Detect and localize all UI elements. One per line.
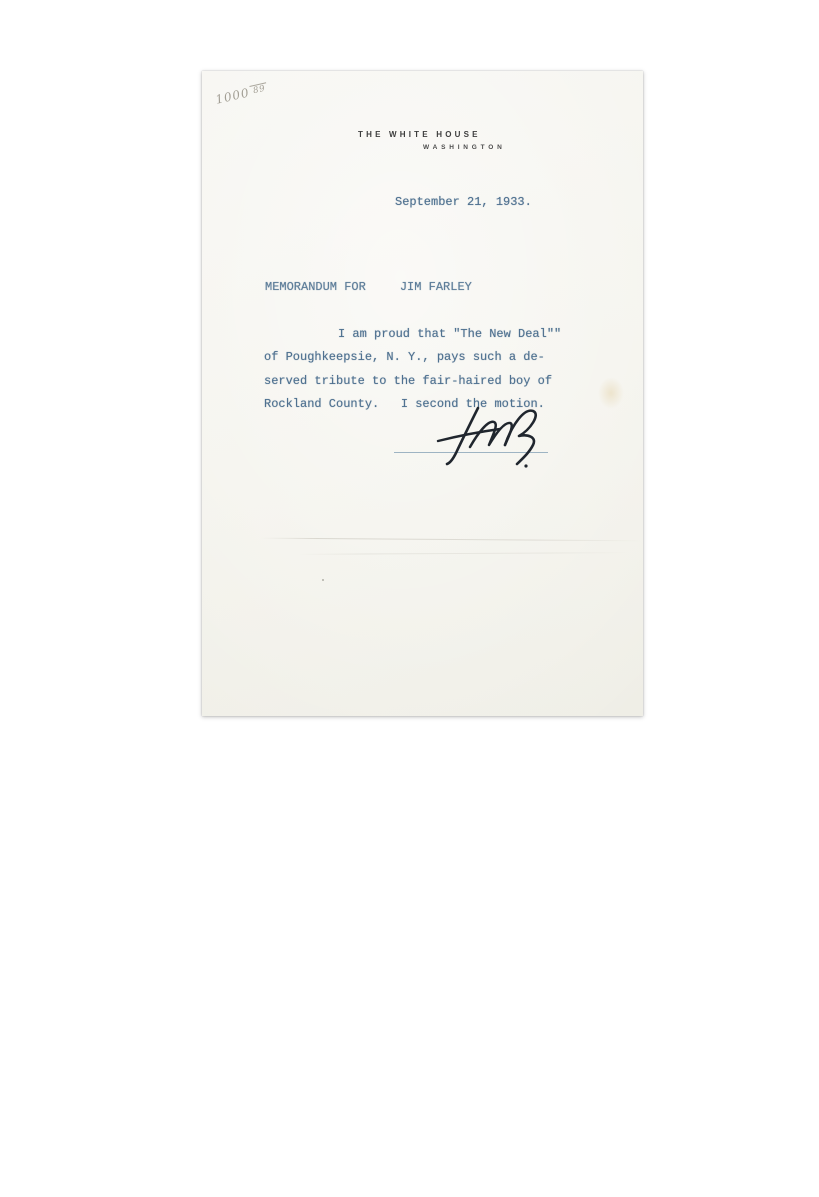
lot-number: 1000 [214, 85, 251, 106]
memorandum-document: 100089 THE WHITE HOUSE WASHINGTON Septem… [202, 71, 643, 716]
paper-stain [598, 377, 624, 409]
letterhead-city: WASHINGTON [423, 144, 506, 151]
memo-recipient: JIM FARLEY [400, 280, 472, 294]
memo-label: MEMORANDUM FOR [265, 280, 366, 294]
lot-suffix: 89 [249, 82, 269, 97]
memo-body-line: served tribute to the fair-haired boy of [264, 370, 561, 393]
paper-crease [298, 552, 628, 555]
photo-background: 100089 THE WHITE HOUSE WASHINGTON Septem… [0, 0, 819, 1197]
memo-body-line: of Poughkeepsie, N. Y., pays such a de- [264, 346, 561, 369]
memo-heading: MEMORANDUM FORJIM FARLEY [265, 280, 472, 294]
memo-body-line: I am proud that "The New Deal"" [264, 323, 561, 346]
fdr-signature [402, 403, 562, 473]
letterhead-title: THE WHITE HOUSE [358, 130, 481, 139]
date-line: September 21, 1933. [395, 195, 532, 209]
pencil-lot-annotation: 100089 [214, 81, 269, 107]
paper-speck [322, 579, 324, 581]
paper-crease [260, 538, 642, 542]
